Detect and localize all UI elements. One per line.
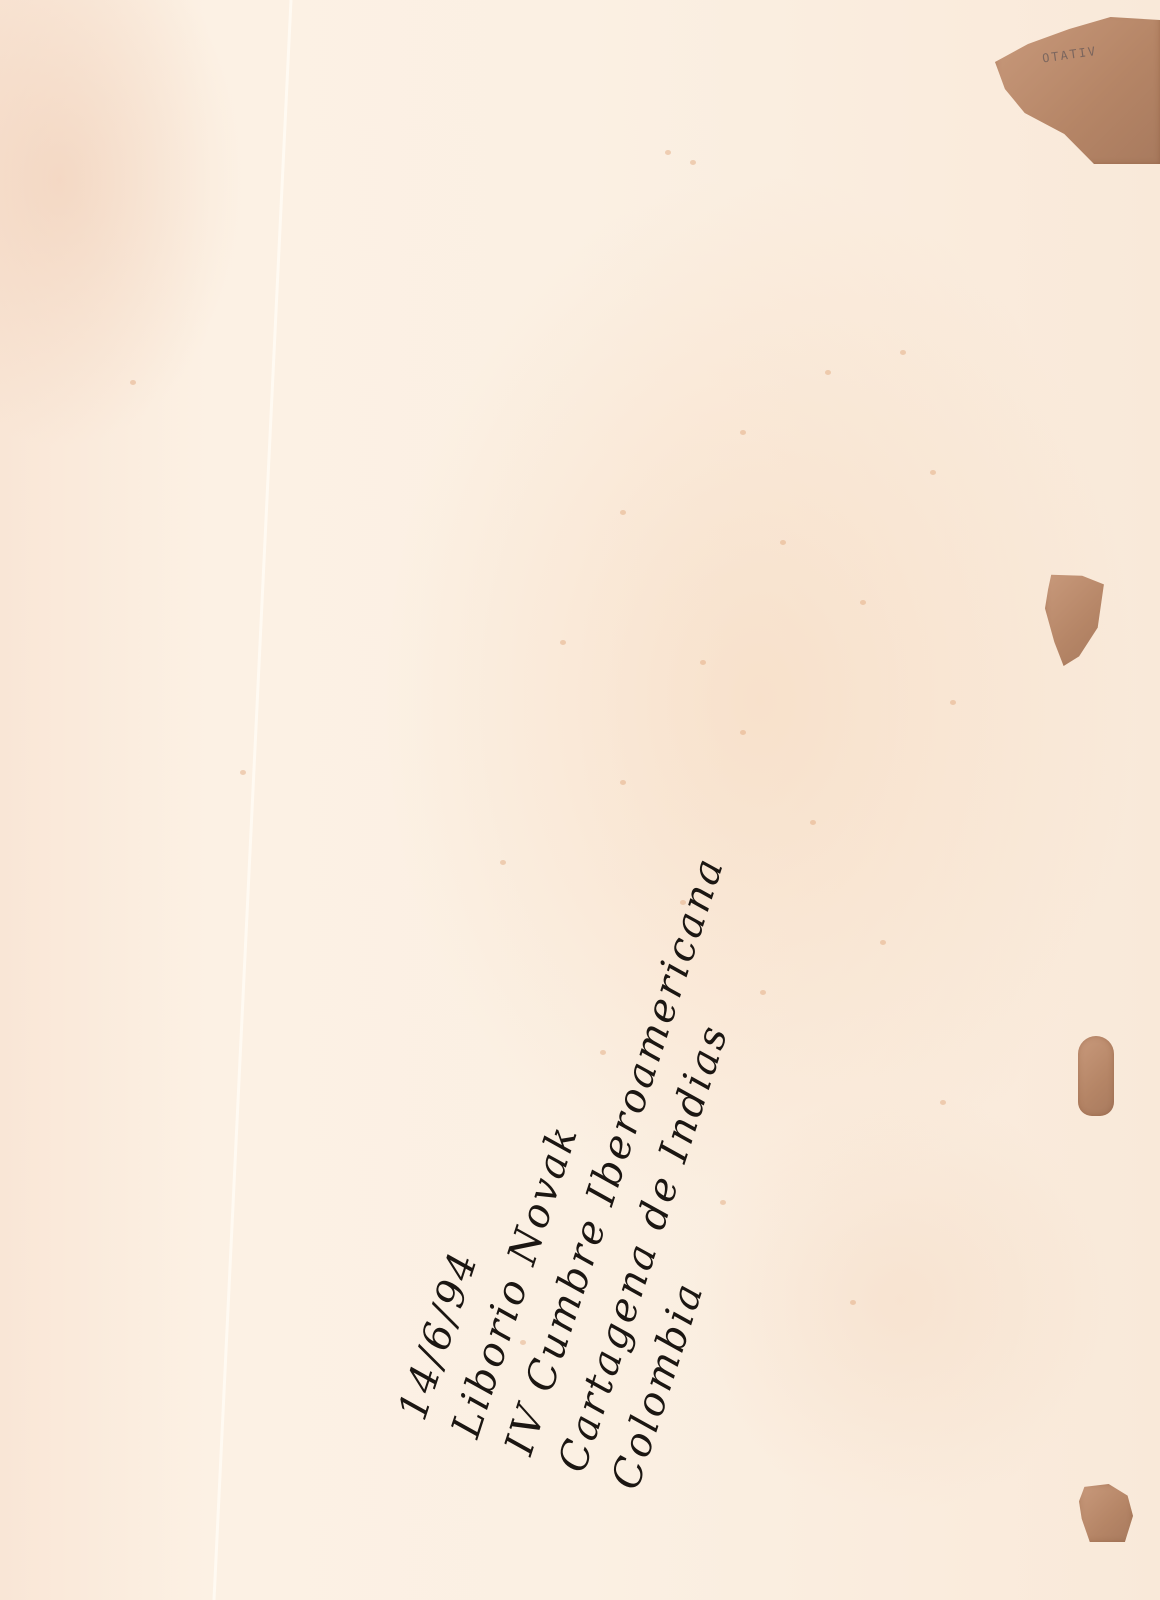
torn-paper-patch [1078, 1036, 1114, 1116]
